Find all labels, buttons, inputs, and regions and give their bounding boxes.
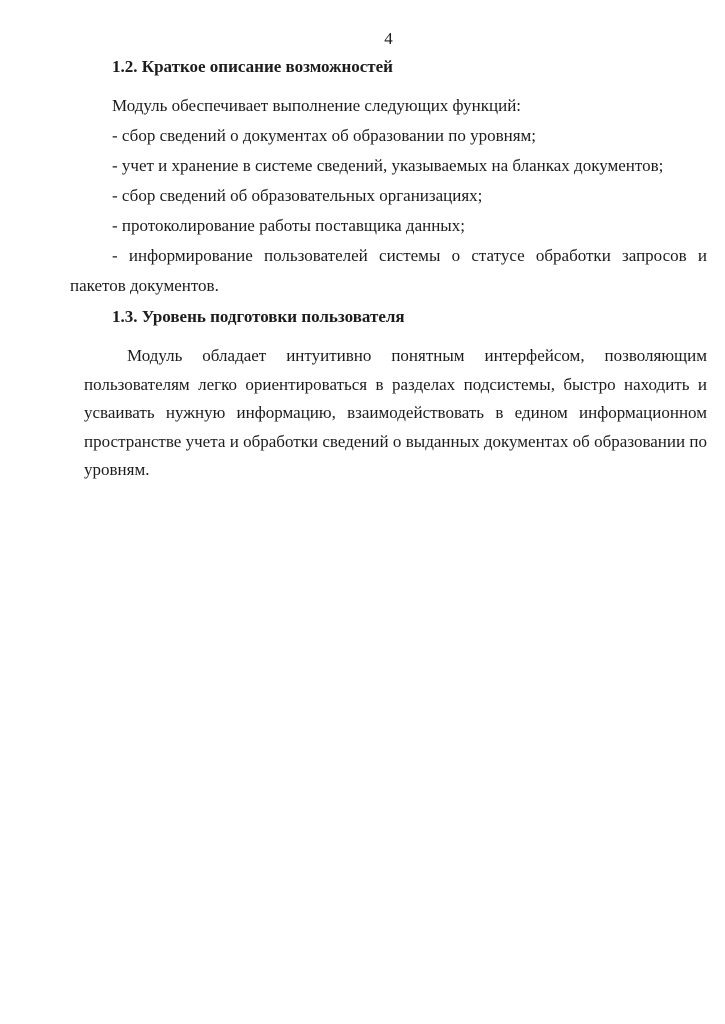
section-heading-1-3: 1.3. Уровень подготовки пользователя: [70, 303, 707, 331]
page-content: 4 1.2. Краткое описание возможностей Мод…: [70, 25, 707, 485]
list-item-storage: - учет и хранение в системе сведений, ук…: [70, 151, 707, 181]
user-level-paragraph: Модуль обладает интуитивно понятным инте…: [84, 342, 707, 485]
list-item-notifications: - информирование пользователей системы о…: [70, 241, 707, 301]
intro-paragraph: Модуль обеспечивает выполнение следующих…: [70, 91, 707, 121]
list-item-organizations: - сбор сведений об образовательных орган…: [70, 181, 707, 211]
page-number: 4: [70, 25, 707, 53]
document-page: 4 1.2. Краткое описание возможностей Мод…: [0, 0, 725, 1024]
list-item-levels: - сбор сведений о документах об образова…: [70, 121, 707, 151]
list-item-logging: - протоколирование работы поставщика дан…: [70, 211, 707, 241]
section-heading-1-2: 1.2. Краткое описание возможностей: [70, 53, 707, 81]
